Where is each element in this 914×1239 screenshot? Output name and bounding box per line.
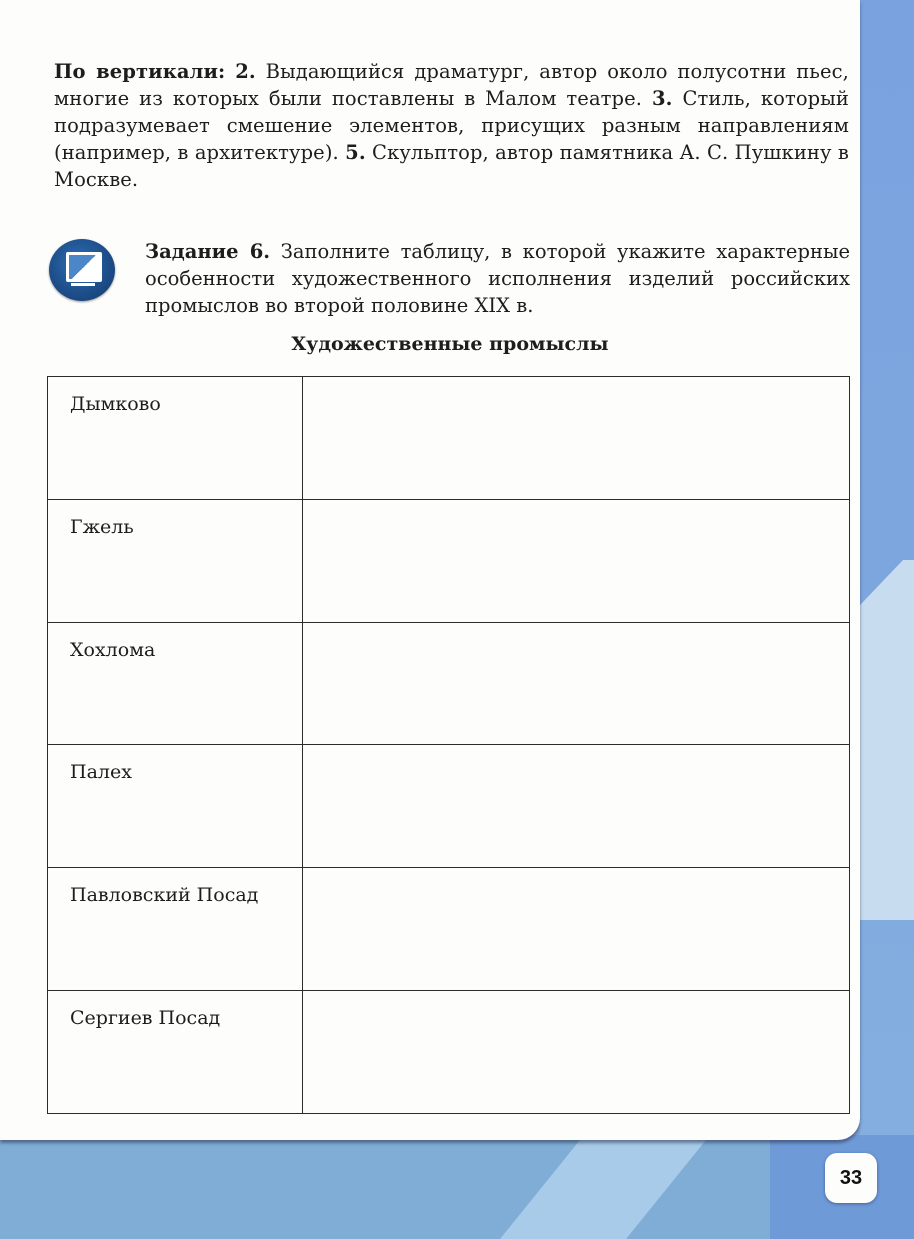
- craft-name-cell: Хохлома: [48, 622, 303, 745]
- craft-answer-cell[interactable]: [303, 868, 850, 991]
- craft-answer-cell[interactable]: [303, 745, 850, 868]
- craft-answer-cell[interactable]: [303, 499, 850, 622]
- crafts-table: ДымковоГжельХохломаПалехПавловский Посад…: [47, 376, 850, 1114]
- monitor-stand: [71, 283, 95, 286]
- clue-number: 5.: [345, 141, 366, 164]
- craft-name-cell: Палех: [48, 745, 303, 868]
- clue-number: 3.: [652, 87, 673, 110]
- table-row: Хохлома: [48, 622, 850, 745]
- table-row: Гжель: [48, 499, 850, 622]
- craft-name-cell: Гжель: [48, 499, 303, 622]
- crossword-vertical-clues: По вертикали: 2. Выдающийся драматург, а…: [54, 58, 849, 193]
- table-row: Сергиев Посад: [48, 991, 850, 1114]
- table-row: Дымково: [48, 377, 850, 500]
- monitor-screen: [66, 252, 102, 282]
- clue-number: 2.: [235, 60, 256, 83]
- task-label: Задание 6.: [145, 240, 270, 263]
- craft-answer-cell[interactable]: [303, 991, 850, 1114]
- decorative-light-wedge: [855, 560, 914, 920]
- table-row: Палех: [48, 745, 850, 868]
- table-row: Павловский Посад: [48, 868, 850, 991]
- craft-name-cell: Павловский Посад: [48, 868, 303, 991]
- computer-monitor-icon: [49, 239, 115, 301]
- workbook-page: По вертикали: 2. Выдающийся драматург, а…: [0, 0, 860, 1140]
- task-6-instructions: Задание 6. Заполните таблицу, в которой …: [145, 238, 850, 319]
- craft-name-cell: Дымково: [48, 377, 303, 500]
- craft-name-cell: Сергиев Посад: [48, 991, 303, 1114]
- craft-answer-cell[interactable]: [303, 377, 850, 500]
- page-number: 33: [825, 1153, 877, 1203]
- craft-answer-cell[interactable]: [303, 622, 850, 745]
- table-title: Художественные промыслы: [0, 333, 900, 355]
- clues-heading: По вертикали:: [54, 60, 225, 83]
